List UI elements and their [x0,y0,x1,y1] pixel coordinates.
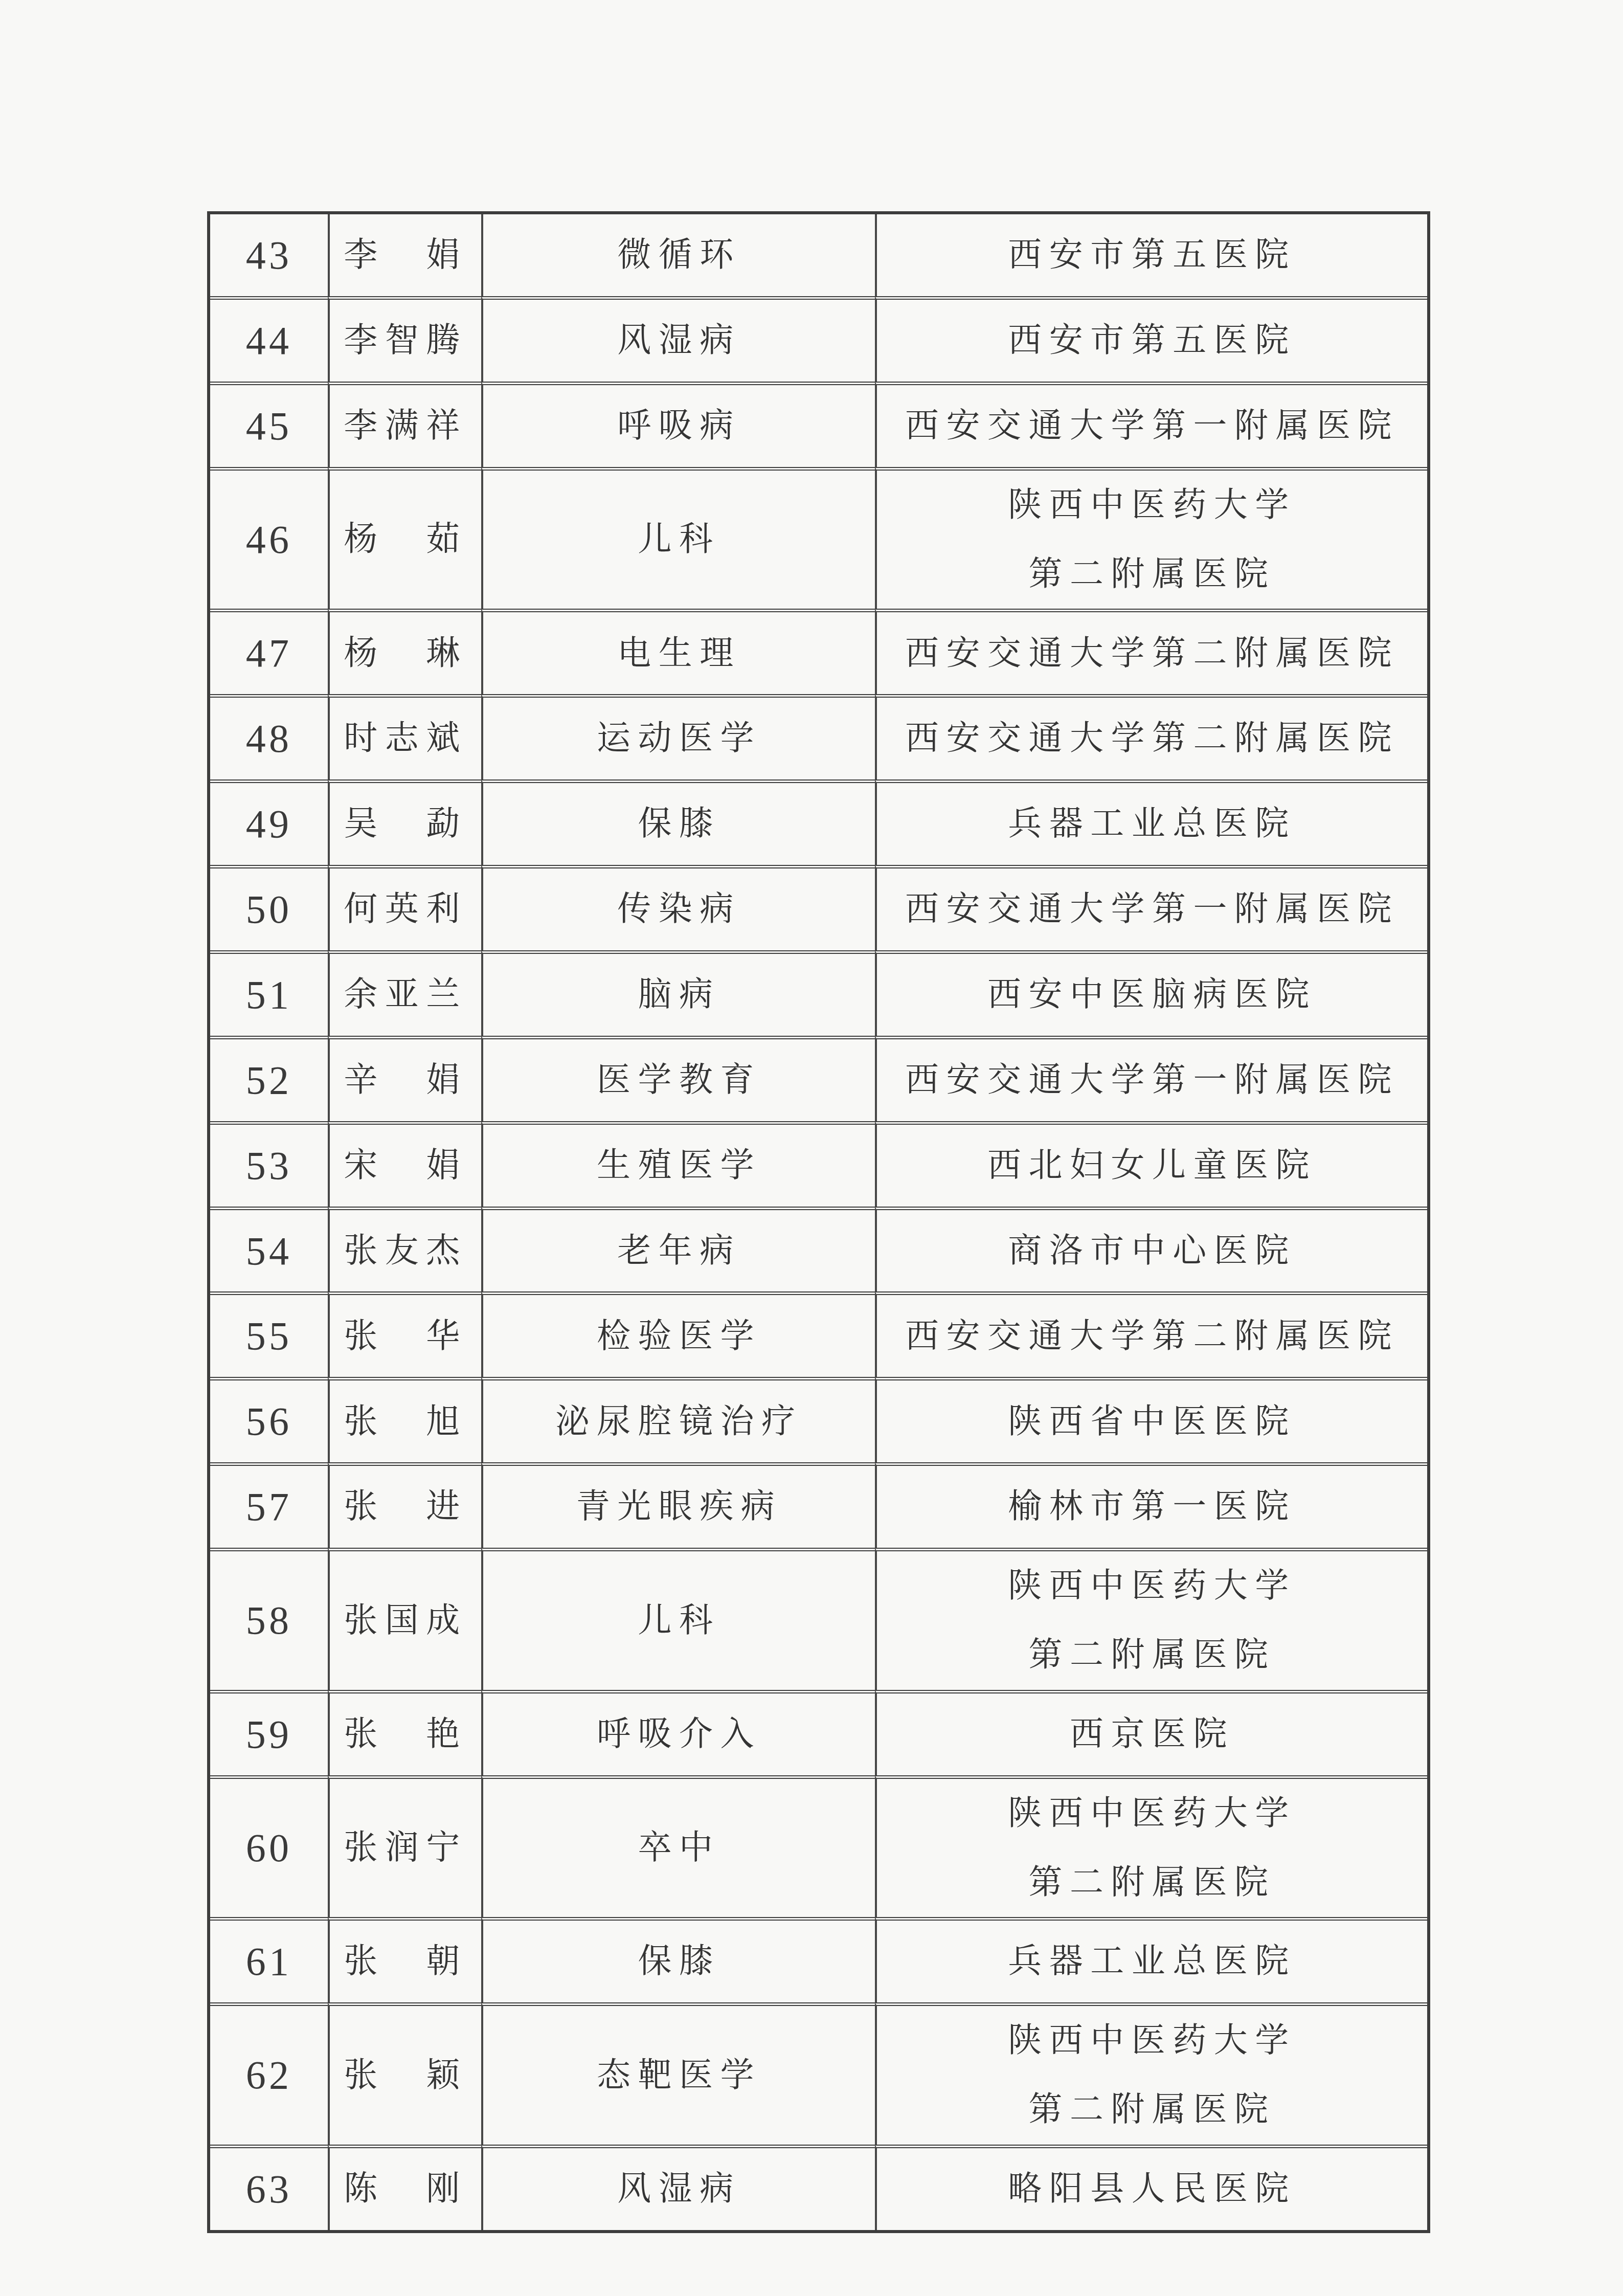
row-number-cell: 62 [210,2002,328,2145]
doctor-roster-table: 43 李 娟 微循环 西安市第五医院 44 李智腾 风湿病 西安市第五医院 45… [207,211,1430,2233]
table-row: 50 何英利 传染病 西安交通大学第一附属医院 [210,865,1427,950]
name-cell: 张 进 [328,1462,481,1548]
table-row: 53 宋 娟 生殖医学 西北妇女儿童医院 [210,1121,1427,1207]
specialty-cell: 脑病 [481,950,875,1036]
specialty-cell: 保膝 [481,779,875,865]
name-cell: 李智腾 [328,296,481,382]
hospital-cell: 商洛市中心医院 [875,1207,1427,1292]
name-cell: 余亚兰 [328,950,481,1036]
row-number-cell: 55 [210,1291,328,1377]
table-row: 52 辛 娟 医学教育 西安交通大学第一附属医院 [210,1036,1427,1121]
table-row: 46 杨 茹 儿科 陕西中医药大学 第二附属医院 [210,467,1427,609]
specialty-cell: 儿科 [481,1548,875,1690]
row-number-cell: 53 [210,1121,328,1207]
row-number-cell: 49 [210,779,328,865]
hospital-cell: 西安市第五医院 [875,296,1427,382]
row-number-cell: 44 [210,296,328,382]
name-cell: 吴 勐 [328,779,481,865]
row-number-cell: 43 [210,214,328,296]
table-row: 59 张 艳 呼吸介入 西京医院 [210,1690,1427,1775]
name-cell: 张 华 [328,1291,481,1377]
table-row: 51 余亚兰 脑病 西安中医脑病医院 [210,950,1427,1036]
row-number-cell: 59 [210,1690,328,1775]
table-row: 63 陈 刚 风湿病 略阳县人民医院 [210,2145,1427,2230]
table-row: 48 时志斌 运动医学 西安交通大学第二附属医院 [210,694,1427,779]
table-row: 44 李智腾 风湿病 西安市第五医院 [210,296,1427,382]
hospital-cell: 陕西中医药大学 第二附属医院 [875,1775,1427,1918]
hospital-cell: 西安交通大学第一附属医院 [875,865,1427,950]
hospital-cell: 西安交通大学第一附属医院 [875,1036,1427,1121]
row-number-cell: 56 [210,1377,328,1462]
row-number-cell: 63 [210,2145,328,2230]
hospital-cell: 西京医院 [875,1690,1427,1775]
name-cell: 陈 刚 [328,2145,481,2230]
hospital-cell: 陕西省中医医院 [875,1377,1427,1462]
table-row: 49 吴 勐 保膝 兵器工业总医院 [210,779,1427,865]
hospital-cell: 榆林市第一医院 [875,1462,1427,1548]
row-number-cell: 46 [210,467,328,609]
row-number-cell: 48 [210,694,328,779]
specialty-cell: 医学教育 [481,1036,875,1121]
specialty-cell: 卒中 [481,1775,875,1918]
name-cell: 何英利 [328,865,481,950]
name-cell: 张 颖 [328,2002,481,2145]
table-row: 54 张友杰 老年病 商洛市中心医院 [210,1207,1427,1292]
name-cell: 张友杰 [328,1207,481,1292]
name-cell: 时志斌 [328,694,481,779]
row-number-cell: 61 [210,1917,328,2002]
row-number-cell: 58 [210,1548,328,1690]
table-row: 47 杨 琳 电生理 西安交通大学第二附属医院 [210,609,1427,694]
row-number-cell: 57 [210,1462,328,1548]
table-row: 57 张 进 青光眼疾病 榆林市第一医院 [210,1462,1427,1548]
specialty-cell: 呼吸介入 [481,1690,875,1775]
row-number-cell: 60 [210,1775,328,1918]
specialty-cell: 保膝 [481,1917,875,2002]
specialty-cell: 风湿病 [481,296,875,382]
table-row: 43 李 娟 微循环 西安市第五医院 [210,214,1427,296]
table-row: 55 张 华 检验医学 西安交通大学第二附属医院 [210,1291,1427,1377]
row-number-cell: 45 [210,382,328,467]
specialty-cell: 青光眼疾病 [481,1462,875,1548]
table-row: 60 张润宁 卒中 陕西中医药大学 第二附属医院 [210,1775,1427,1918]
specialty-cell: 态靶医学 [481,2002,875,2145]
name-cell: 宋 娟 [328,1121,481,1207]
hospital-cell: 西安交通大学第二附属医院 [875,609,1427,694]
name-cell: 张润宁 [328,1775,481,1918]
specialty-cell: 传染病 [481,865,875,950]
row-number-cell: 52 [210,1036,328,1121]
hospital-cell: 略阳县人民医院 [875,2145,1427,2230]
name-cell: 杨 茹 [328,467,481,609]
name-cell: 张国成 [328,1548,481,1690]
roster-table-body: 43 李 娟 微循环 西安市第五医院 44 李智腾 风湿病 西安市第五医院 45… [210,214,1427,2230]
specialty-cell: 泌尿腔镜治疗 [481,1377,875,1462]
hospital-cell: 陕西中医药大学 第二附属医院 [875,1548,1427,1690]
table-row: 56 张 旭 泌尿腔镜治疗 陕西省中医医院 [210,1377,1427,1462]
hospital-cell: 西安交通大学第一附属医院 [875,382,1427,467]
hospital-cell: 陕西中医药大学 第二附属医院 [875,467,1427,609]
table-row: 45 李满祥 呼吸病 西安交通大学第一附属医院 [210,382,1427,467]
scanned-document-page: 43 李 娟 微循环 西安市第五医院 44 李智腾 风湿病 西安市第五医院 45… [0,0,1623,2296]
specialty-cell: 检验医学 [481,1291,875,1377]
table-row: 61 张 朝 保膝 兵器工业总医院 [210,1917,1427,2002]
hospital-cell: 西安交通大学第二附属医院 [875,694,1427,779]
name-cell: 李满祥 [328,382,481,467]
hospital-cell: 兵器工业总医院 [875,1917,1427,2002]
specialty-cell: 老年病 [481,1207,875,1292]
row-number-cell: 50 [210,865,328,950]
specialty-cell: 儿科 [481,467,875,609]
hospital-cell: 西安市第五医院 [875,214,1427,296]
hospital-cell: 陕西中医药大学 第二附属医院 [875,2002,1427,2145]
hospital-cell: 兵器工业总医院 [875,779,1427,865]
name-cell: 辛 娟 [328,1036,481,1121]
row-number-cell: 51 [210,950,328,1036]
specialty-cell: 生殖医学 [481,1121,875,1207]
table-row: 58 张国成 儿科 陕西中医药大学 第二附属医院 [210,1548,1427,1690]
name-cell: 张 旭 [328,1377,481,1462]
name-cell: 张 朝 [328,1917,481,2002]
table-row: 62 张 颖 态靶医学 陕西中医药大学 第二附属医院 [210,2002,1427,2145]
hospital-cell: 西安中医脑病医院 [875,950,1427,1036]
name-cell: 张 艳 [328,1690,481,1775]
hospital-cell: 西北妇女儿童医院 [875,1121,1427,1207]
specialty-cell: 呼吸病 [481,382,875,467]
name-cell: 李 娟 [328,214,481,296]
row-number-cell: 54 [210,1207,328,1292]
row-number-cell: 47 [210,609,328,694]
name-cell: 杨 琳 [328,609,481,694]
specialty-cell: 风湿病 [481,2145,875,2230]
hospital-cell: 西安交通大学第二附属医院 [875,1291,1427,1377]
specialty-cell: 微循环 [481,214,875,296]
specialty-cell: 电生理 [481,609,875,694]
specialty-cell: 运动医学 [481,694,875,779]
